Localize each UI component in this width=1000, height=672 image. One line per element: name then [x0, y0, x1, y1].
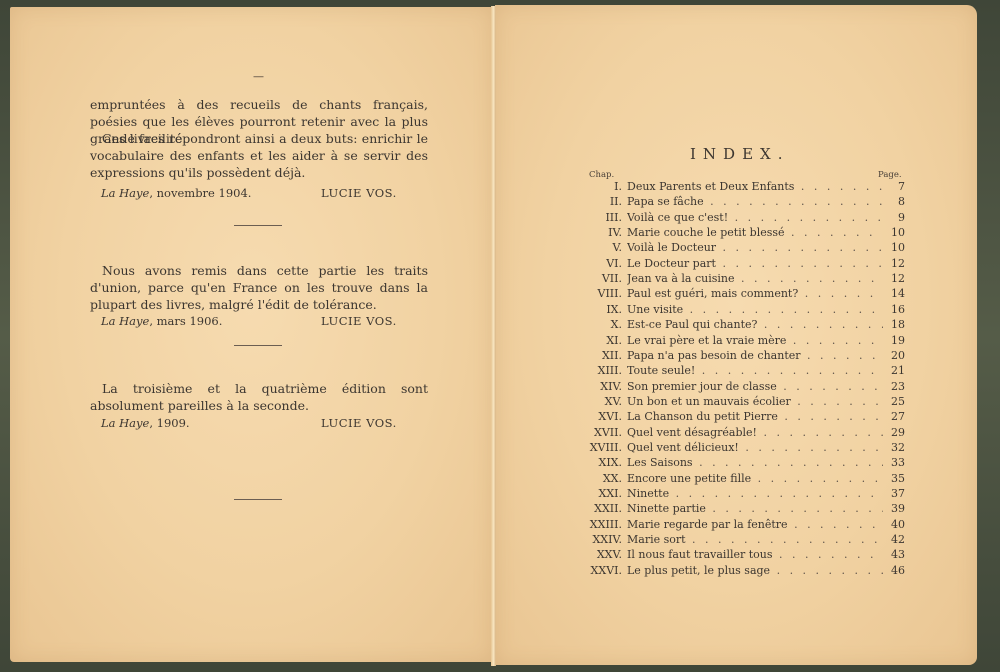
- index-entry: XXIV.Marie sort42: [560, 533, 905, 548]
- page-number: 43: [885, 548, 905, 561]
- chapter-title: Encore une petite fille: [627, 472, 883, 485]
- page-number: 39: [885, 502, 905, 515]
- page-number: 8: [885, 195, 905, 208]
- index-entry: XII.Papa n'a pas besoin de chanter20: [560, 349, 905, 364]
- index-entry: VII.Jean va à la cuisine12: [560, 272, 905, 287]
- chapter-number: XIV.: [600, 380, 622, 393]
- chapter-title: Voilà le Docteur: [627, 241, 883, 254]
- column-header-page: Page.: [878, 170, 902, 180]
- page-number: 10: [885, 226, 905, 239]
- chapter-title: Ninette partie: [627, 502, 883, 515]
- index-entry: XIX.Les Saisons33: [560, 456, 905, 471]
- index-entry: IV.Marie couche le petit blessé10: [560, 226, 905, 241]
- chapter-number: VII.: [602, 272, 622, 285]
- chapter-number: XX.: [603, 472, 622, 485]
- chapter-number: XVII.: [594, 426, 622, 439]
- signature-date: , novembre 1904.: [149, 186, 251, 200]
- page-number: 14: [885, 287, 905, 300]
- index-entry: XVII.Quel vent désagréable!29: [560, 426, 905, 441]
- paragraph-4: La troisième et la quatrième édition son…: [90, 380, 428, 414]
- page-number: 40: [885, 518, 905, 531]
- chapter-title: Le Docteur part: [627, 257, 883, 270]
- chapter-title: Deux Parents et Deux Enfants: [627, 180, 883, 193]
- index-entry: XXII.Ninette partie39: [560, 502, 905, 517]
- chapter-number: XXIV.: [592, 533, 622, 546]
- index-entry: XI.Le vrai père et la vraie mère19: [560, 334, 905, 349]
- page-number: 46: [885, 564, 905, 577]
- page-number: 29: [885, 426, 905, 439]
- signature-name: LUCIE VOS.: [321, 186, 397, 200]
- page-number: 37: [885, 487, 905, 500]
- index-entry: XX.Encore une petite fille35: [560, 472, 905, 487]
- signature-date: , mars 1906.: [149, 314, 222, 328]
- index-entry: VIII.Paul est guéri, mais comment?14: [560, 287, 905, 302]
- index-entry: XXI.Ninette37: [560, 487, 905, 502]
- page-number: 21: [885, 364, 905, 377]
- signature-place: La Haye: [101, 186, 149, 200]
- chapter-title: Est-ce Paul qui chante?: [627, 318, 883, 331]
- page-number: 42: [885, 533, 905, 546]
- signature-place: La Haye: [101, 314, 149, 328]
- chapter-title: Le plus petit, le plus sage: [627, 564, 883, 577]
- chapter-number: X.: [611, 318, 622, 331]
- chapter-title: Papa se fâche: [627, 195, 883, 208]
- index-entry: X.Est-ce Paul qui chante?18: [560, 318, 905, 333]
- chapter-number: II.: [610, 195, 622, 208]
- section-divider: [234, 345, 282, 346]
- chapter-title: Jean va à la cuisine: [627, 272, 883, 285]
- chapter-title: Il nous faut travailler tous: [627, 548, 883, 561]
- chapter-number: VI.: [606, 257, 622, 270]
- index-entry: IX.Une visite16: [560, 303, 905, 318]
- signature-name: LUCIE VOS.: [321, 314, 397, 328]
- chapter-title: Un bon et un mauvais écolier: [627, 395, 883, 408]
- page-number: 19: [885, 334, 905, 347]
- index-entry: XVIII.Quel vent délicieux!32: [560, 441, 905, 456]
- chapter-title: Le vrai père et la vraie mère: [627, 334, 883, 347]
- signature-2: La Haye, mars 1906. LUCIE VOS.: [101, 314, 419, 328]
- chapter-title: Voilà ce que c'est!: [627, 211, 883, 224]
- chapter-title: Papa n'a pas besoin de chanter: [627, 349, 883, 362]
- page-number: 32: [885, 441, 905, 454]
- chapter-number: I.: [614, 180, 622, 193]
- chapter-number: VIII.: [598, 287, 622, 300]
- page-number: 27: [885, 410, 905, 423]
- chapter-number: III.: [605, 211, 622, 224]
- column-header-chap: Chap.: [589, 170, 614, 180]
- page-top-mark: —: [253, 70, 264, 83]
- page-number: 16: [885, 303, 905, 316]
- section-divider: [234, 225, 282, 226]
- index-entry: XXIII.Marie regarde par la fenêtre40: [560, 518, 905, 533]
- index-entry: V.Voilà le Docteur10: [560, 241, 905, 256]
- chapter-title: Quel vent délicieux!: [627, 441, 883, 454]
- chapter-title: Marie regarde par la fenêtre: [627, 518, 883, 531]
- index-entry: XVI.La Chanson du petit Pierre27: [560, 410, 905, 425]
- chapter-number: XXII.: [594, 502, 622, 515]
- signature-1: La Haye, novembre 1904. LUCIE VOS.: [101, 186, 419, 200]
- page-number: 20: [885, 349, 905, 362]
- chapter-title: Marie sort: [627, 533, 883, 546]
- index-title: INDEX.: [690, 145, 789, 163]
- page-number: 12: [885, 272, 905, 285]
- chapter-number: XII.: [602, 349, 622, 362]
- page-number: 12: [885, 257, 905, 270]
- chapter-number: XVIII.: [590, 441, 622, 454]
- index-entry: II.Papa se fâche8: [560, 195, 905, 210]
- page-number: 35: [885, 472, 905, 485]
- chapter-number: XXIII.: [590, 518, 622, 531]
- chapter-title: Une visite: [627, 303, 883, 316]
- chapter-title: Ninette: [627, 487, 883, 500]
- chapter-title: Quel vent désagréable!: [627, 426, 883, 439]
- chapter-number: XI.: [606, 334, 622, 347]
- page-number: 18: [885, 318, 905, 331]
- signature-date: , 1909.: [149, 416, 189, 430]
- chapter-number: IV.: [608, 226, 622, 239]
- page-number: 23: [885, 380, 905, 393]
- chapter-number: XVI.: [598, 410, 622, 423]
- index-entry: XIV.Son premier jour de classe23: [560, 380, 905, 395]
- chapter-number: XXV.: [597, 548, 622, 561]
- index-entry: XXV.Il nous faut travailler tous43: [560, 548, 905, 563]
- signature-place: La Haye: [101, 416, 149, 430]
- paragraph-2: Ces livres répondront ainsi a deux buts:…: [90, 130, 428, 181]
- chapter-number: XXI.: [598, 487, 622, 500]
- page-number: 10: [885, 241, 905, 254]
- index-entry: III.Voilà ce que c'est!9: [560, 211, 905, 226]
- page-number: 33: [885, 456, 905, 469]
- book-spine: [491, 6, 496, 666]
- index-entry: XV.Un bon et un mauvais écolier25: [560, 395, 905, 410]
- page-number: 25: [885, 395, 905, 408]
- chapter-number: XV.: [605, 395, 622, 408]
- signature-3: La Haye, 1909. LUCIE VOS.: [101, 416, 419, 430]
- index-entry: XXVI.Le plus petit, le plus sage46: [560, 564, 905, 579]
- paragraph-3: Nous avons remis dans cette partie les t…: [90, 262, 428, 313]
- chapter-number: XXVI.: [591, 564, 622, 577]
- chapter-number: XIII.: [598, 364, 622, 377]
- page-number: 7: [885, 180, 905, 193]
- chapter-title: Les Saisons: [627, 456, 883, 469]
- chapter-number: V.: [612, 241, 622, 254]
- chapter-title: Marie couche le petit blessé: [627, 226, 883, 239]
- chapter-title: Son premier jour de classe: [627, 380, 883, 393]
- page-number: 9: [885, 211, 905, 224]
- index-entry: I.Deux Parents et Deux Enfants7: [560, 180, 905, 195]
- chapter-title: Toute seule!: [627, 364, 883, 377]
- section-divider: [234, 499, 282, 500]
- chapter-number: XIX.: [598, 456, 622, 469]
- chapter-title: Paul est guéri, mais comment?: [627, 287, 883, 300]
- chapter-number: IX.: [606, 303, 622, 316]
- index-entry: XIII.Toute seule!21: [560, 364, 905, 379]
- chapter-title: La Chanson du petit Pierre: [627, 410, 883, 423]
- signature-name: LUCIE VOS.: [321, 416, 397, 430]
- index-entry: VI.Le Docteur part12: [560, 257, 905, 272]
